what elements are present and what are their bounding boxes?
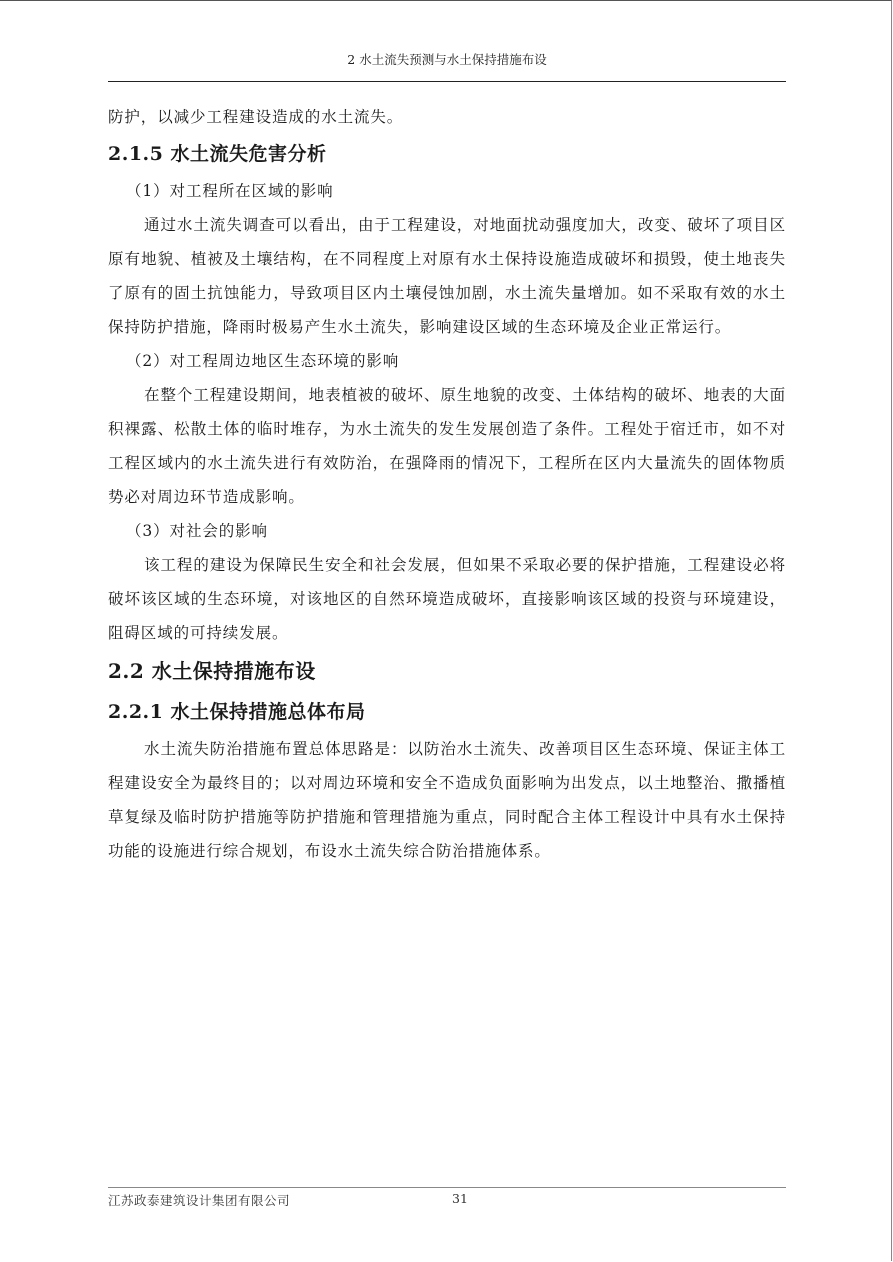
- section-heading-2-1-5: 2.1.5 水土流失危害分析: [108, 134, 786, 174]
- item-paragraph-1: 通过水土流失调查可以看出，由于工程建设，对地面扰动强度加大，改变、破坏了项目区原…: [108, 208, 786, 344]
- item-paragraph-3: 该工程的建设为保障民生安全和社会发展，但如果不采取必要的保护措施，工程建设必将破…: [108, 548, 786, 650]
- footer-divider: [108, 1187, 786, 1188]
- layout-paragraph: 水土流失防治措施布置总体思路是：以防治水土流失、改善项目区生态环境、保证主体工程…: [108, 732, 786, 868]
- continuation-paragraph: 防护，以减少工程建设造成的水土流失。: [108, 100, 786, 134]
- item-paragraph-2: 在整个工程建设期间，地表植被的破坏、原生地貌的改变、土体结构的破坏、地表的大面积…: [108, 378, 786, 514]
- page-number: 31: [452, 1191, 468, 1206]
- page-content: 防护，以减少工程建设造成的水土流失。 2.1.5 水土流失危害分析 （1）对工程…: [108, 100, 786, 868]
- item-label-2: （2）对工程周边地区生态环境的影响: [108, 344, 786, 378]
- item-label-1: （1）对工程所在区域的影响: [108, 174, 786, 208]
- header-divider: [108, 81, 786, 82]
- item-label-3: （3）对社会的影响: [108, 514, 786, 548]
- running-header: 2 水土流失预测与水土保持措施布设: [108, 50, 786, 68]
- section-heading-2-2: 2.2 水土保持措施布设: [108, 650, 786, 692]
- footer-company: 江苏政泰建筑设计集团有限公司: [108, 1191, 290, 1209]
- section-heading-2-2-1: 2.2.1 水土保持措施总体布局: [108, 692, 786, 732]
